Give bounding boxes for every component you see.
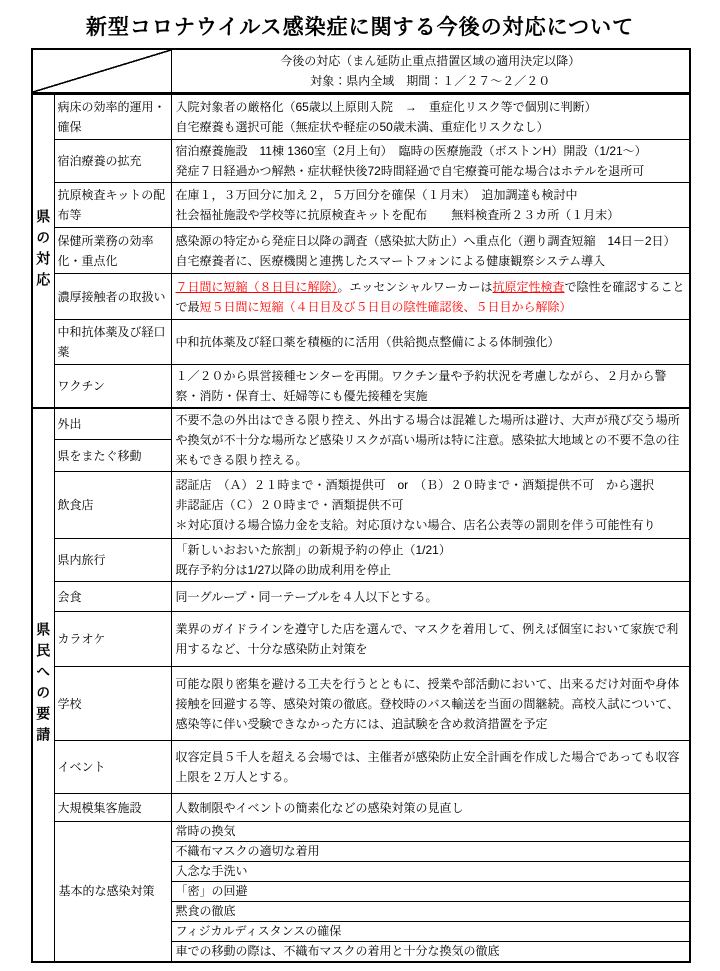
row-content-dining-together: 同一グループ・同一テーブルを４人以下とする。	[171, 582, 690, 612]
text-line: 自宅療養も選択可能（無症状や軽症の50歳未満、重症化リスクなし）	[176, 117, 686, 137]
text-line: 感染源の特定から発症日以降の調査（感染拡大防止）へ重点化（遡り調査短縮 14日－…	[176, 231, 686, 251]
text-line: １／２０から県営接種センターを再開。ワクチン量や予約状況を考慮しながら、２月から…	[176, 366, 686, 406]
header-line-2: 対象：県内全域 期間：１／２７～２／２０	[176, 71, 686, 91]
row-label-vaccine: ワクチン	[54, 365, 171, 409]
basic-measure-item: フィジカルディスタンスの確保	[171, 922, 690, 942]
row-label-health-center: 保健所業務の効率化・重点化	[54, 228, 171, 274]
text-line: 発症７日経過かつ解熱・症状軽快後72時間経過で自宅療養可能な場合はホテルを退所可	[176, 161, 686, 181]
row-content-restaurants: 認証店 （Ａ）２１時まで・酒類提供可 or （Ｂ）２０時まで・酒類提供不可 から…	[171, 472, 690, 539]
text-line: 可能な限り密集を避ける工夫を行うとともに、授業や部活動において、出来るだけ対面や…	[176, 674, 686, 734]
row-label-dining-together: 会食	[54, 582, 171, 612]
corner-diagonal-cell	[32, 49, 171, 94]
basic-measure-item: 入念な手洗い	[171, 862, 690, 882]
row-label-restaurants: 飲食店	[54, 472, 171, 539]
basic-measure-item: 不織布マスクの適切な着用	[171, 842, 690, 862]
row-content-antibody-drugs: 中和抗体薬及び経口薬を積極的に活用（供給拠点整備による体制強化）	[171, 320, 690, 365]
row-content-lodging-care: 宿泊療養施設 11棟 1360室（2月上旬） 臨時の医療施設（ボストンH）開設（…	[171, 140, 690, 183]
section-label-prefecture-response: 県の対応	[32, 94, 54, 409]
row-label-karaoke: カラオケ	[54, 612, 171, 667]
basic-measure-item: 「密」の回避	[171, 882, 690, 902]
row-content-close-contacts: ７日間に短縮（８日目に解除）。エッセンシャルワーカーは抗原定性検査で陰性を確認す…	[171, 274, 690, 320]
text-line: 社会福祉施設や学校等に抗原検査キットを配布 無料検査所２３カ所（１月末）	[176, 205, 686, 225]
text-line: 中和抗体薬及び経口薬を積極的に活用（供給拠点整備による体制強化）	[176, 332, 686, 352]
covid-response-table: 今後の対応（まん延防止重点措置区域の適用決定以降） 対象：県内全域 期間：１／２…	[31, 48, 691, 963]
row-content-events: 収容定員５千人を超える会場では、主催者が感染防止安全計画を作成した場合であっても…	[171, 741, 690, 794]
row-label-cross-prefecture-travel: 県をまたぐ移動	[54, 440, 171, 472]
text-line: 入院対象者の厳格化（65歳以上原則入院 → 重症化リスク等で個別に判断）	[176, 97, 686, 117]
row-content-health-center: 感染源の特定から発症日以降の調査（感染拡大防止）へ重点化（遡り調査短縮 14日－…	[171, 228, 690, 274]
row-label-events: イベント	[54, 741, 171, 794]
row-label-outing: 外出	[54, 408, 171, 440]
text-line: 認証店 （Ａ）２１時まで・酒類提供可 or （Ｂ）２０時まで・酒類提供不可 から…	[176, 475, 686, 495]
text-line: 同一グループ・同一テーブルを４人以下とする。	[176, 587, 686, 607]
text-line: 収容定員５千人を超える会場では、主催者が感染防止安全計画を作成した場合であっても…	[176, 747, 686, 787]
text-line: 宿泊療養施設 11棟 1360室（2月上旬） 臨時の医療施設（ボストンH）開設（…	[176, 141, 686, 161]
row-content-outing: 不要不急の外出はできる限り控え、外出する場合は混雑した場所は避け、大声が飛び交う…	[171, 408, 690, 472]
row-content-large-facilities: 人数制限やイベントの簡素化などの感染対策の見直し	[171, 794, 690, 822]
basic-measure-item: 常時の換気	[171, 822, 690, 842]
row-content-hospital-beds: 入院対象者の厳格化（65歳以上原則入院 → 重症化リスク等で個別に判断） 自宅療…	[171, 94, 690, 140]
text-line: 不要不急の外出はできる限り控え、外出する場合は混雑した場所は避け、大声が飛び交う…	[176, 410, 686, 470]
row-content-karaoke: 業界のガイドラインを遵守した店を選んで、マスクを着用して、例えば個室において家族…	[171, 612, 690, 667]
row-label-antibody-drugs: 中和抗体薬及び経口薬	[54, 320, 171, 365]
row-label-lodging-care: 宿泊療養の拡充	[54, 140, 171, 183]
row-label-schools: 学校	[54, 667, 171, 741]
text-line: ＊対応頂ける場合協力金を支給。対応頂けない場合、店名公表等の罰則を伴う可能性有り	[176, 515, 686, 535]
row-label-antigen-kits: 抗原検査キットの配布等	[54, 183, 171, 228]
row-content-schools: 可能な限り密集を避ける工夫を行うとともに、授業や部活動において、出来るだけ対面や…	[171, 667, 690, 741]
row-content-prefecture-travel: 「新しいおおいた旅割」の新規予約の停止（1/21） 既存予約分は1/27以降の助…	[171, 539, 690, 582]
section-label-text: 県民への要請	[33, 622, 53, 748]
text-line: 既存予約分は1/27以降の助成利用を停止	[176, 560, 686, 580]
row-label-close-contacts: 濃厚接触者の取扱い	[54, 274, 171, 320]
highlighted-text: 短５日間に短縮（４日目及び５日目の陰性確認後、５日目から解除）	[200, 300, 572, 314]
section-label-citizen-requests: 県民への要請	[32, 408, 54, 962]
header-cell: 今後の対応（まん延防止重点措置区域の適用決定以降） 対象：県内全域 期間：１／２…	[171, 49, 690, 94]
highlighted-text: 抗原定性検査	[493, 280, 565, 294]
text-line: 自宅療養者に、医療機関と連携したスマートフォンによる健康観察システム導入	[176, 251, 686, 271]
basic-measure-item: 黙食の徹底	[171, 902, 690, 922]
text-line: 非認証店（Ｃ）２０時まで・酒類提供不可	[176, 495, 686, 515]
text-line: 業界のガイドラインを遵守した店を選んで、マスクを着用して、例えば個室において家族…	[176, 619, 686, 659]
row-label-basic-measures: 基本的な感染対策	[54, 822, 171, 963]
section-label-text: 県の対応	[33, 209, 53, 293]
row-label-large-facilities: 大規模集客施設	[54, 794, 171, 822]
text-line: 「新しいおおいた旅割」の新規予約の停止（1/21）	[176, 540, 686, 560]
row-content-vaccine: １／２０から県営接種センターを再開。ワクチン量や予約状況を考慮しながら、２月から…	[171, 365, 690, 409]
row-content-antigen-kits: 在庫１，３万回分に加え２，５万回分を確保（１月末） 追加調達も検討中 社会福祉施…	[171, 183, 690, 228]
highlighted-text: ７日間に短縮（８日目に解除）	[176, 280, 338, 294]
row-label-hospital-beds: 病床の効率的運用・確保	[54, 94, 171, 140]
header-line-1: 今後の対応（まん延防止重点措置区域の適用決定以降）	[176, 51, 686, 71]
row-label-prefecture-travel: 県内旅行	[54, 539, 171, 582]
text-line: 在庫１，３万回分に加え２，５万回分を確保（１月末） 追加調達も検討中	[176, 185, 686, 205]
page-title: 新型コロナウイルス感染症に関する今後の対応について	[0, 11, 720, 41]
text-segment: 。エッセンシャルワーカーは	[338, 280, 493, 294]
text-line: 人数制限やイベントの簡素化などの感染対策の見直し	[176, 798, 686, 818]
basic-measure-item: 車での移動の際は、不織布マスクの着用と十分な換気の徹底	[171, 942, 690, 963]
